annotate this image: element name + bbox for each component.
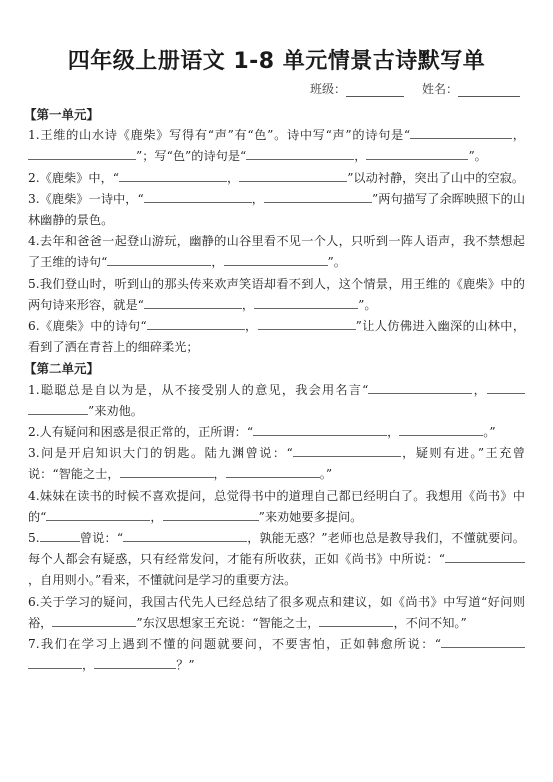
answer-blank[interactable] (469, 550, 525, 563)
answer-blank[interactable] (438, 147, 468, 160)
question-1-4: 4.去年和爸爸一起登山游玩，幽静的山谷里看不见一个人，只听到一阵人语声，我不禁想… (28, 231, 525, 273)
answer-blank[interactable] (120, 465, 214, 478)
answer-blank[interactable] (246, 147, 354, 160)
answer-blank[interactable] (410, 126, 482, 139)
answer-blank[interactable] (487, 381, 525, 394)
question-1-6: 6.《鹿柴》中的诗句“，”让人仿佛进入幽深的山林中，看到了洒在青苔上的细碎柔光； (28, 316, 525, 358)
answer-blank[interactable] (94, 656, 176, 669)
answer-blank[interactable] (445, 550, 469, 563)
worksheet-content: 【第一单元】 1.王维的山水诗《鹿柴》写得有“声”有“色”。诗中写“声”的诗句是… (28, 104, 525, 676)
answer-blank[interactable] (399, 423, 483, 436)
answer-blank[interactable] (366, 147, 438, 160)
name-label: 姓名： (422, 82, 458, 96)
answer-blank[interactable] (482, 126, 512, 139)
answer-blank[interactable] (123, 529, 247, 542)
class-label: 班级： (310, 82, 346, 96)
answer-blank[interactable] (144, 190, 252, 203)
unit-heading: 【第二单元】 (24, 358, 525, 379)
question-2-2: 2.人有疑问和困惑是很正常的，正所谓：“，。” (28, 422, 525, 443)
question-2-7: 7.我们在学习上遇到不懂的问题就要问，不要害怕，正如韩愈所说：“，？” (28, 634, 525, 676)
answer-blank[interactable] (368, 381, 472, 394)
answer-blank[interactable] (28, 147, 136, 160)
page-title: 四年级上册语文 1-8 单元情景古诗默写单 (0, 44, 553, 75)
question-1-1: 1.王维的山水诗《鹿柴》写得有“声”有“色”。诗中写“声”的诗句是“，”；写“色… (28, 125, 525, 167)
name-blank[interactable] (458, 84, 520, 97)
answer-blank[interactable] (441, 635, 525, 648)
question-2-6: 6.关于学习的疑问，我国古代先人已经总结了很多观点和建议，如《尚书》中写道“好问… (28, 592, 525, 634)
answer-blank[interactable] (52, 614, 136, 627)
answer-blank[interactable] (28, 402, 88, 415)
answer-blank[interactable] (224, 253, 328, 266)
answer-blank[interactable] (107, 253, 211, 266)
question-1-2: 2.《鹿柴》中，“，”以动衬静，突出了山中的空寂。 (28, 168, 525, 189)
answer-blank[interactable] (239, 169, 347, 182)
answer-blank[interactable] (46, 508, 150, 521)
unit-heading: 【第一单元】 (24, 104, 525, 125)
answer-blank[interactable] (254, 296, 358, 309)
answer-blank[interactable] (264, 190, 372, 203)
question-2-3: 3.问是开启知识大门的钥匙。陆九渊曾说：“，疑则有进。”王充曾说：“智能之士，，… (28, 443, 525, 485)
question-2-5: 5.曾说：“，孰能无惑？”老师也总是教导我们，不懂就要问。每个人都会有疑惑，只有… (28, 528, 525, 592)
answer-blank[interactable] (226, 465, 320, 478)
answer-blank[interactable] (293, 444, 401, 457)
answer-blank[interactable] (144, 296, 242, 309)
answer-blank[interactable] (319, 614, 393, 627)
answer-blank[interactable] (147, 317, 245, 330)
question-2-4: 4.妹妹在读书的时候不喜欢提问，总觉得书中的道理自己都已经明白了。我想用《尚书》… (28, 486, 525, 528)
answer-blank[interactable] (40, 529, 80, 542)
question-2-1: 1.聪聪总是自以为是，从不接受别人的意见，我会用名言“，”来劝他。 (28, 380, 525, 422)
answer-blank[interactable] (163, 508, 259, 521)
answer-blank[interactable] (258, 317, 356, 330)
question-1-3: 3.《鹿柴》一诗中，“，”两句描写了余晖映照下的山林幽静的景色。 (28, 189, 525, 231)
class-blank[interactable] (346, 84, 404, 97)
answer-blank[interactable] (28, 656, 82, 669)
answer-blank[interactable] (253, 423, 387, 436)
answer-blank[interactable] (119, 169, 227, 182)
student-info: 班级：姓名： (310, 80, 520, 97)
question-1-5: 5.我们登山时，听到山的那头传来欢声笑语却看不到人，这个情景，用王维的《鹿柴》中… (28, 274, 525, 316)
